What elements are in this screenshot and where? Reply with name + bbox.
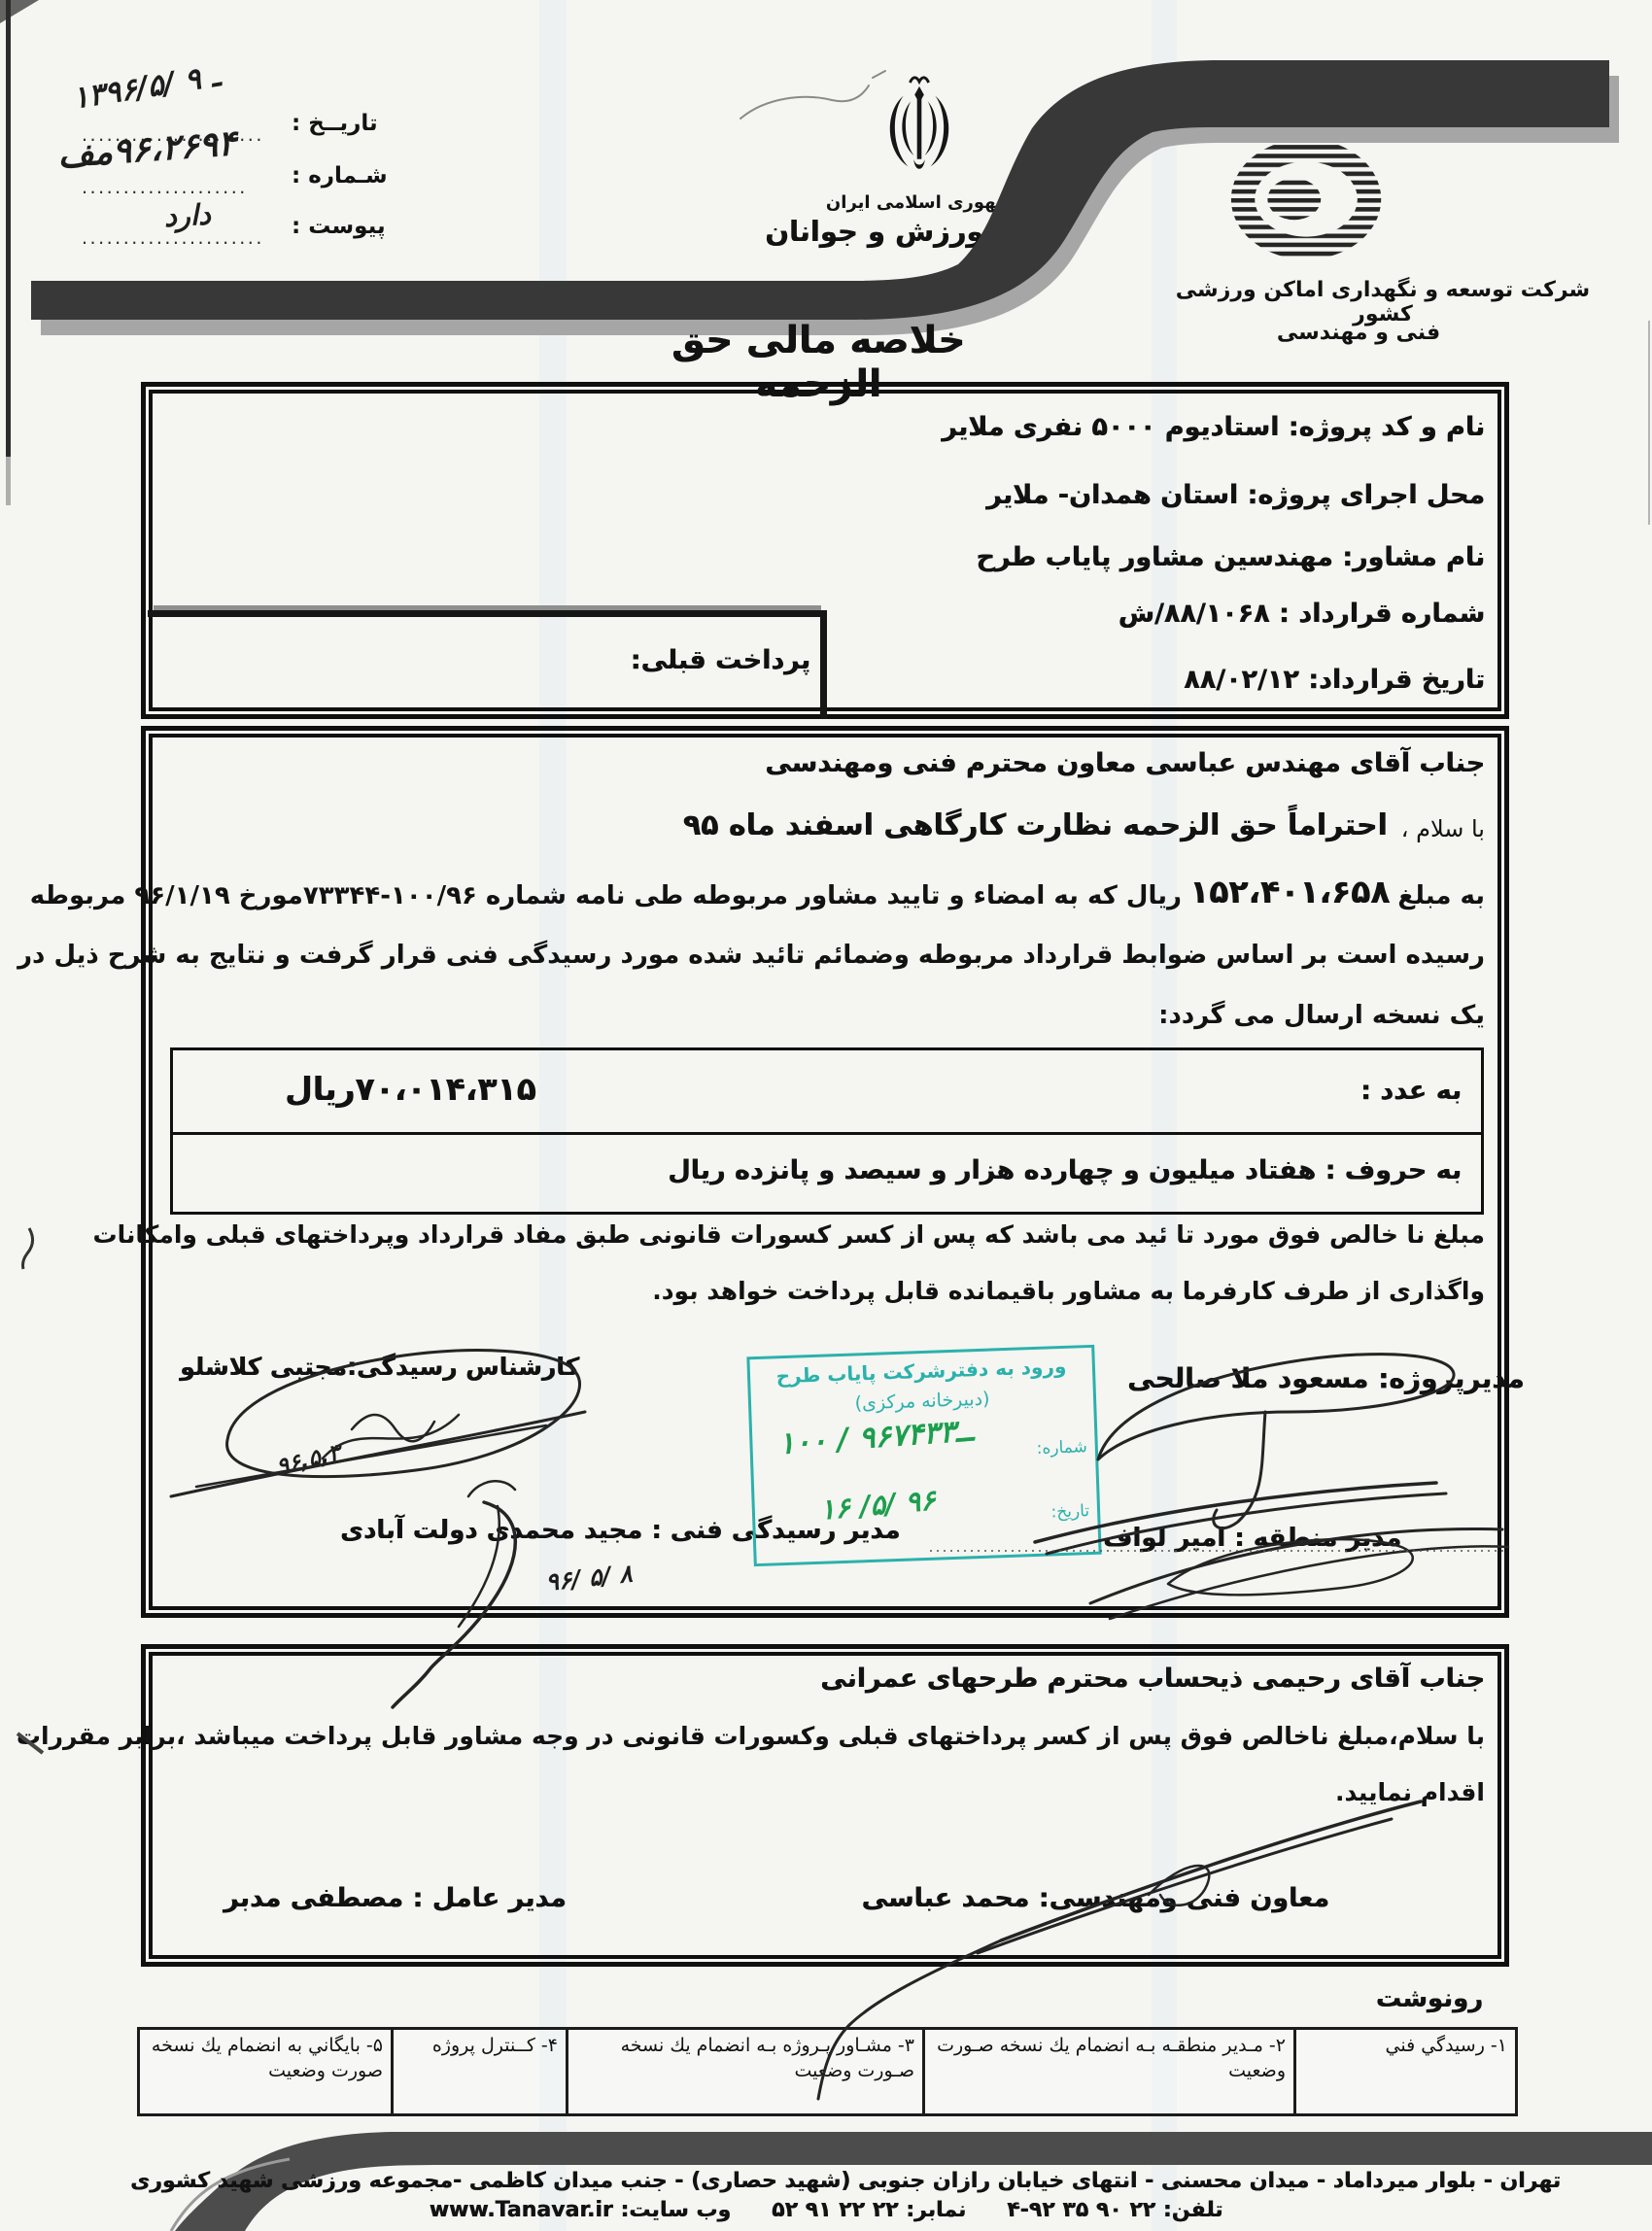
secretariat-entry-stamp: ورود به دفترشرکت پایاب طرح (دبیرخانه مرک… bbox=[746, 1345, 1101, 1566]
stamp-handwritten-number: ۱۰۰ / ۹۶ــ۷۴۳۳ bbox=[777, 1413, 975, 1461]
phone-label: تلفن: bbox=[1163, 2198, 1223, 2222]
copies-item: ۲- مـدیر منطقـه بـه انضمام یك نسخه صـورت… bbox=[922, 2030, 1293, 2113]
deputy-signature-title: معاون فنی ومهندسی: محمد عباسی bbox=[862, 1883, 1330, 1913]
subject-line: با سلام ، احتراماً حق الزحمه نظارت کارگا… bbox=[683, 808, 1485, 842]
website-value: www.Tanavar.ir bbox=[430, 2198, 613, 2222]
amount-in-words: به حروف : هفتاد میلیون و چهارده هزار و س… bbox=[668, 1155, 1462, 1185]
copies-table: ۱- رسیدگي فني ۲- مـدیر منطقـه بـه انضمام… bbox=[137, 2027, 1518, 2116]
copies-label: رونوشت bbox=[1376, 1984, 1483, 2013]
review-expert-signature-title: کارشناس رسیدگی:مجتبی کلاشلو bbox=[180, 1353, 579, 1381]
fax-value: ۵۲ ۹۱ ۲۲ ۲۲ bbox=[772, 2198, 898, 2222]
region-manager-signature-title: مدیر منطقه : امیر لواف bbox=[1103, 1524, 1401, 1553]
footer-fax: نمابر: ۵۲ ۹۱ ۲۲ ۲۲ bbox=[772, 2198, 966, 2222]
body-line-2: رسیده است بر اساس ضوابط قرارداد مربوطه و… bbox=[17, 941, 1485, 970]
copies-item: ۳- مشـاور پـروژه بـه انضمام یك نسخه صـور… bbox=[566, 2030, 922, 2113]
footer-address: تهران - بلوار میرداماد - میدان محسنی - ا… bbox=[117, 2169, 1574, 2193]
footer-website: وب سایت: www.Tanavar.ir bbox=[430, 2198, 731, 2222]
stamp-number-label: شماره: bbox=[1036, 1437, 1087, 1459]
contract-number-line: شماره قرارداد : ۸۸/۱۰۶۸/ش bbox=[1119, 599, 1485, 629]
copies-item: ۴- کــنترل پروژه bbox=[391, 2030, 566, 2113]
ceo-signature-title: مدیر عامل : مصطفی مدبر bbox=[224, 1883, 567, 1913]
amount-table: به عدد : ۷۰،۰۱۴،۳۱۵ریال به حروف : هفتاد … bbox=[170, 1047, 1484, 1215]
note-line-2: واگذاری از طرف کارفرما به مشاور باقیماند… bbox=[652, 1277, 1485, 1305]
salutation-text: با سلام ، bbox=[1401, 815, 1485, 842]
numeric-amount-value: ۷۰،۰۱۴،۳۱۵ریال bbox=[285, 1070, 536, 1108]
amount-sentence: به مبلغ ۱۵۲،۴۰۱،۶۵۸ ریال که به امضاء و ت… bbox=[30, 873, 1485, 910]
previous-payment-label: پرداخت قبلی: bbox=[631, 645, 810, 675]
stamp-line-1: ورود به دفترشرکت پایاب طرح bbox=[750, 1354, 1093, 1389]
footer-phone: تلفن: ۴-۹۲ ۳۵ ۹۰ ۲۲ bbox=[1007, 2198, 1222, 2222]
phone-value: ۴-۹۲ ۳۵ ۹۰ ۲۲ bbox=[1007, 2198, 1155, 2222]
copies-item: ۱- رسیدگي فني bbox=[1293, 2030, 1515, 2113]
gross-amount-value: ۱۵۲،۴۰۱،۶۵۸ bbox=[1189, 873, 1390, 910]
subject-text: احتراماً حق الزحمه نظارت کارگاهی اسفند م… bbox=[683, 808, 1388, 842]
amount-numeric-row: به عدد : ۷۰،۰۱۴،۳۱۵ریال bbox=[173, 1050, 1481, 1135]
accountant-body-line-1: با سلام،مبلغ ناخالص فوق پس از کسر پرداخت… bbox=[17, 1722, 1485, 1750]
consultant-name-line: نام مشاور: مهندسین مشاور پایاب طرح bbox=[976, 542, 1485, 572]
amount-prefix-text: به مبلغ bbox=[1397, 881, 1485, 910]
contract-date-line: تاریخ قرارداد: ۸۸/۰۲/۱۲ bbox=[1184, 665, 1485, 695]
numeric-amount-label: به عدد : bbox=[1360, 1076, 1462, 1106]
accountant-body-line-2: اقدام نمایید. bbox=[1335, 1778, 1485, 1806]
project-name-line: نام و کد پروژه: استادیوم ۵۰۰۰ نفری ملایر bbox=[942, 412, 1485, 442]
letter-recipient-line: جناب آقای مهندس عباسی معاون محترم فنی وم… bbox=[765, 748, 1485, 778]
body-line-3: یک نسخه ارسال می گردد: bbox=[1158, 1001, 1485, 1030]
fax-label: نمابر: bbox=[906, 2198, 966, 2222]
amount-suffix-text: ریال که به امضاء و تایید مشاور مربوطه طی… bbox=[30, 881, 1182, 910]
accountant-recipient-line: جناب آقای رحیمی ذیحساب محترم طرحهای عمرا… bbox=[820, 1664, 1485, 1694]
stamp-line-2: (دبیرخانه مرکزی) bbox=[751, 1385, 1094, 1418]
copies-item: ۵- بایگاني به انضمام یك نسخه صورت وضعیت bbox=[140, 2030, 391, 2113]
scanned-letter-page: تاریــخ : ...................... ۱۳۹۶/۵/… bbox=[0, 0, 1652, 2231]
stamp-date-label: تاریخ: bbox=[1050, 1501, 1089, 1522]
website-label: وب سایت: bbox=[620, 2198, 731, 2222]
project-manager-signature-title: مدیرپروژه: مسعود ملا صالحی bbox=[1127, 1362, 1525, 1394]
footer-contact-row: تلفن: ۴-۹۲ ۳۵ ۹۰ ۲۲ نمابر: ۵۲ ۹۱ ۲۲ ۲۲ و… bbox=[292, 2198, 1360, 2222]
note-line-1: مبلغ نا خالص فوق مورد تا ئید می باشد که … bbox=[93, 1220, 1485, 1249]
stamp-handwritten-date: ۱۶ /۵/ ۹۶ bbox=[818, 1483, 937, 1526]
page-title: خلاصه مالی حق الزحمه bbox=[653, 319, 983, 406]
project-location-line: محل اجرای پروژه: استان همدان- ملایر bbox=[986, 480, 1485, 510]
